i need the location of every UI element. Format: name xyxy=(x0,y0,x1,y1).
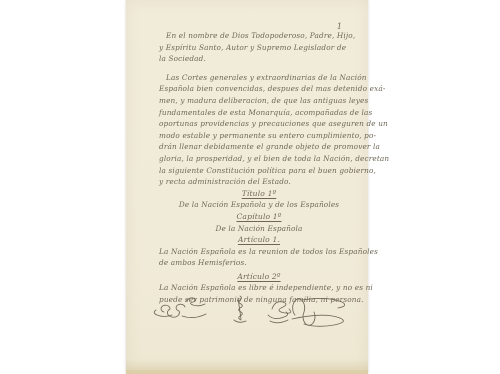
decree-line: modo estable y permanente su entero cump… xyxy=(159,130,359,142)
decree-line: men, y madura deliberacion, de que las a… xyxy=(159,95,359,107)
decree-line: drán llenar debidamente el grande objeto… xyxy=(159,141,359,153)
decree-paragraph: Las Cortes generales y extraordinarias d… xyxy=(159,72,359,188)
scan-background: 1 En el nombre de Dios Todopoderoso, Pad… xyxy=(0,0,500,374)
titulo-subtitle: De la Nación Española y de los Españoles xyxy=(159,199,359,211)
manuscript-text: En el nombre de Dios Todopoderoso, Padre… xyxy=(159,30,359,306)
capitulo-heading-text: Capítulo 1º xyxy=(159,211,359,223)
decree-line: la siguiente Constitución política para … xyxy=(159,165,359,177)
articulo1-heading-text: Artículo 1. xyxy=(159,234,359,246)
titulo-heading-text: Título 1º xyxy=(159,188,359,200)
capitulo-subtitle: De la Nación Española xyxy=(159,223,359,235)
signature-rubric-flourishes-icon xyxy=(152,293,348,333)
page-bottom-edge xyxy=(126,370,368,374)
decree-line: gloria, la prosperidad, y el bien de tod… xyxy=(159,153,359,165)
preamble-line: En el nombre de Dios Todopoderoso, Padre… xyxy=(159,30,359,42)
articulo1-line: de ambos Hemisferios. xyxy=(159,257,359,269)
titulo-heading: Título 1º xyxy=(159,188,359,200)
articulo2-heading: Artículo 2º xyxy=(159,271,359,283)
preamble-paragraph: En el nombre de Dios Todopoderoso, Padre… xyxy=(159,30,359,65)
capitulo-heading: Capítulo 1º xyxy=(159,211,359,223)
decree-line: Española bien convencidas, despues del m… xyxy=(159,83,359,95)
preamble-line: y Espíritu Santo, Autor y Supremo Legisl… xyxy=(159,42,359,54)
articulo1-heading: Artículo 1. xyxy=(159,234,359,246)
articulo2-heading-text: Artículo 2º xyxy=(159,271,359,283)
articulo1-line: La Nación Española es la reunion de todo… xyxy=(159,246,359,258)
manuscript-page: 1 En el nombre de Dios Todopoderoso, Pad… xyxy=(126,0,368,374)
decree-line: y recta administración del Estado. xyxy=(159,176,359,188)
decree-line: fundamentales de esta Monarquía, acompañ… xyxy=(159,107,359,119)
preamble-line: la Sociedad. xyxy=(159,53,359,65)
decree-line: Las Cortes generales y extraordinarias d… xyxy=(159,72,359,84)
decree-line: oportunas providencias y precauciones qu… xyxy=(159,118,359,130)
